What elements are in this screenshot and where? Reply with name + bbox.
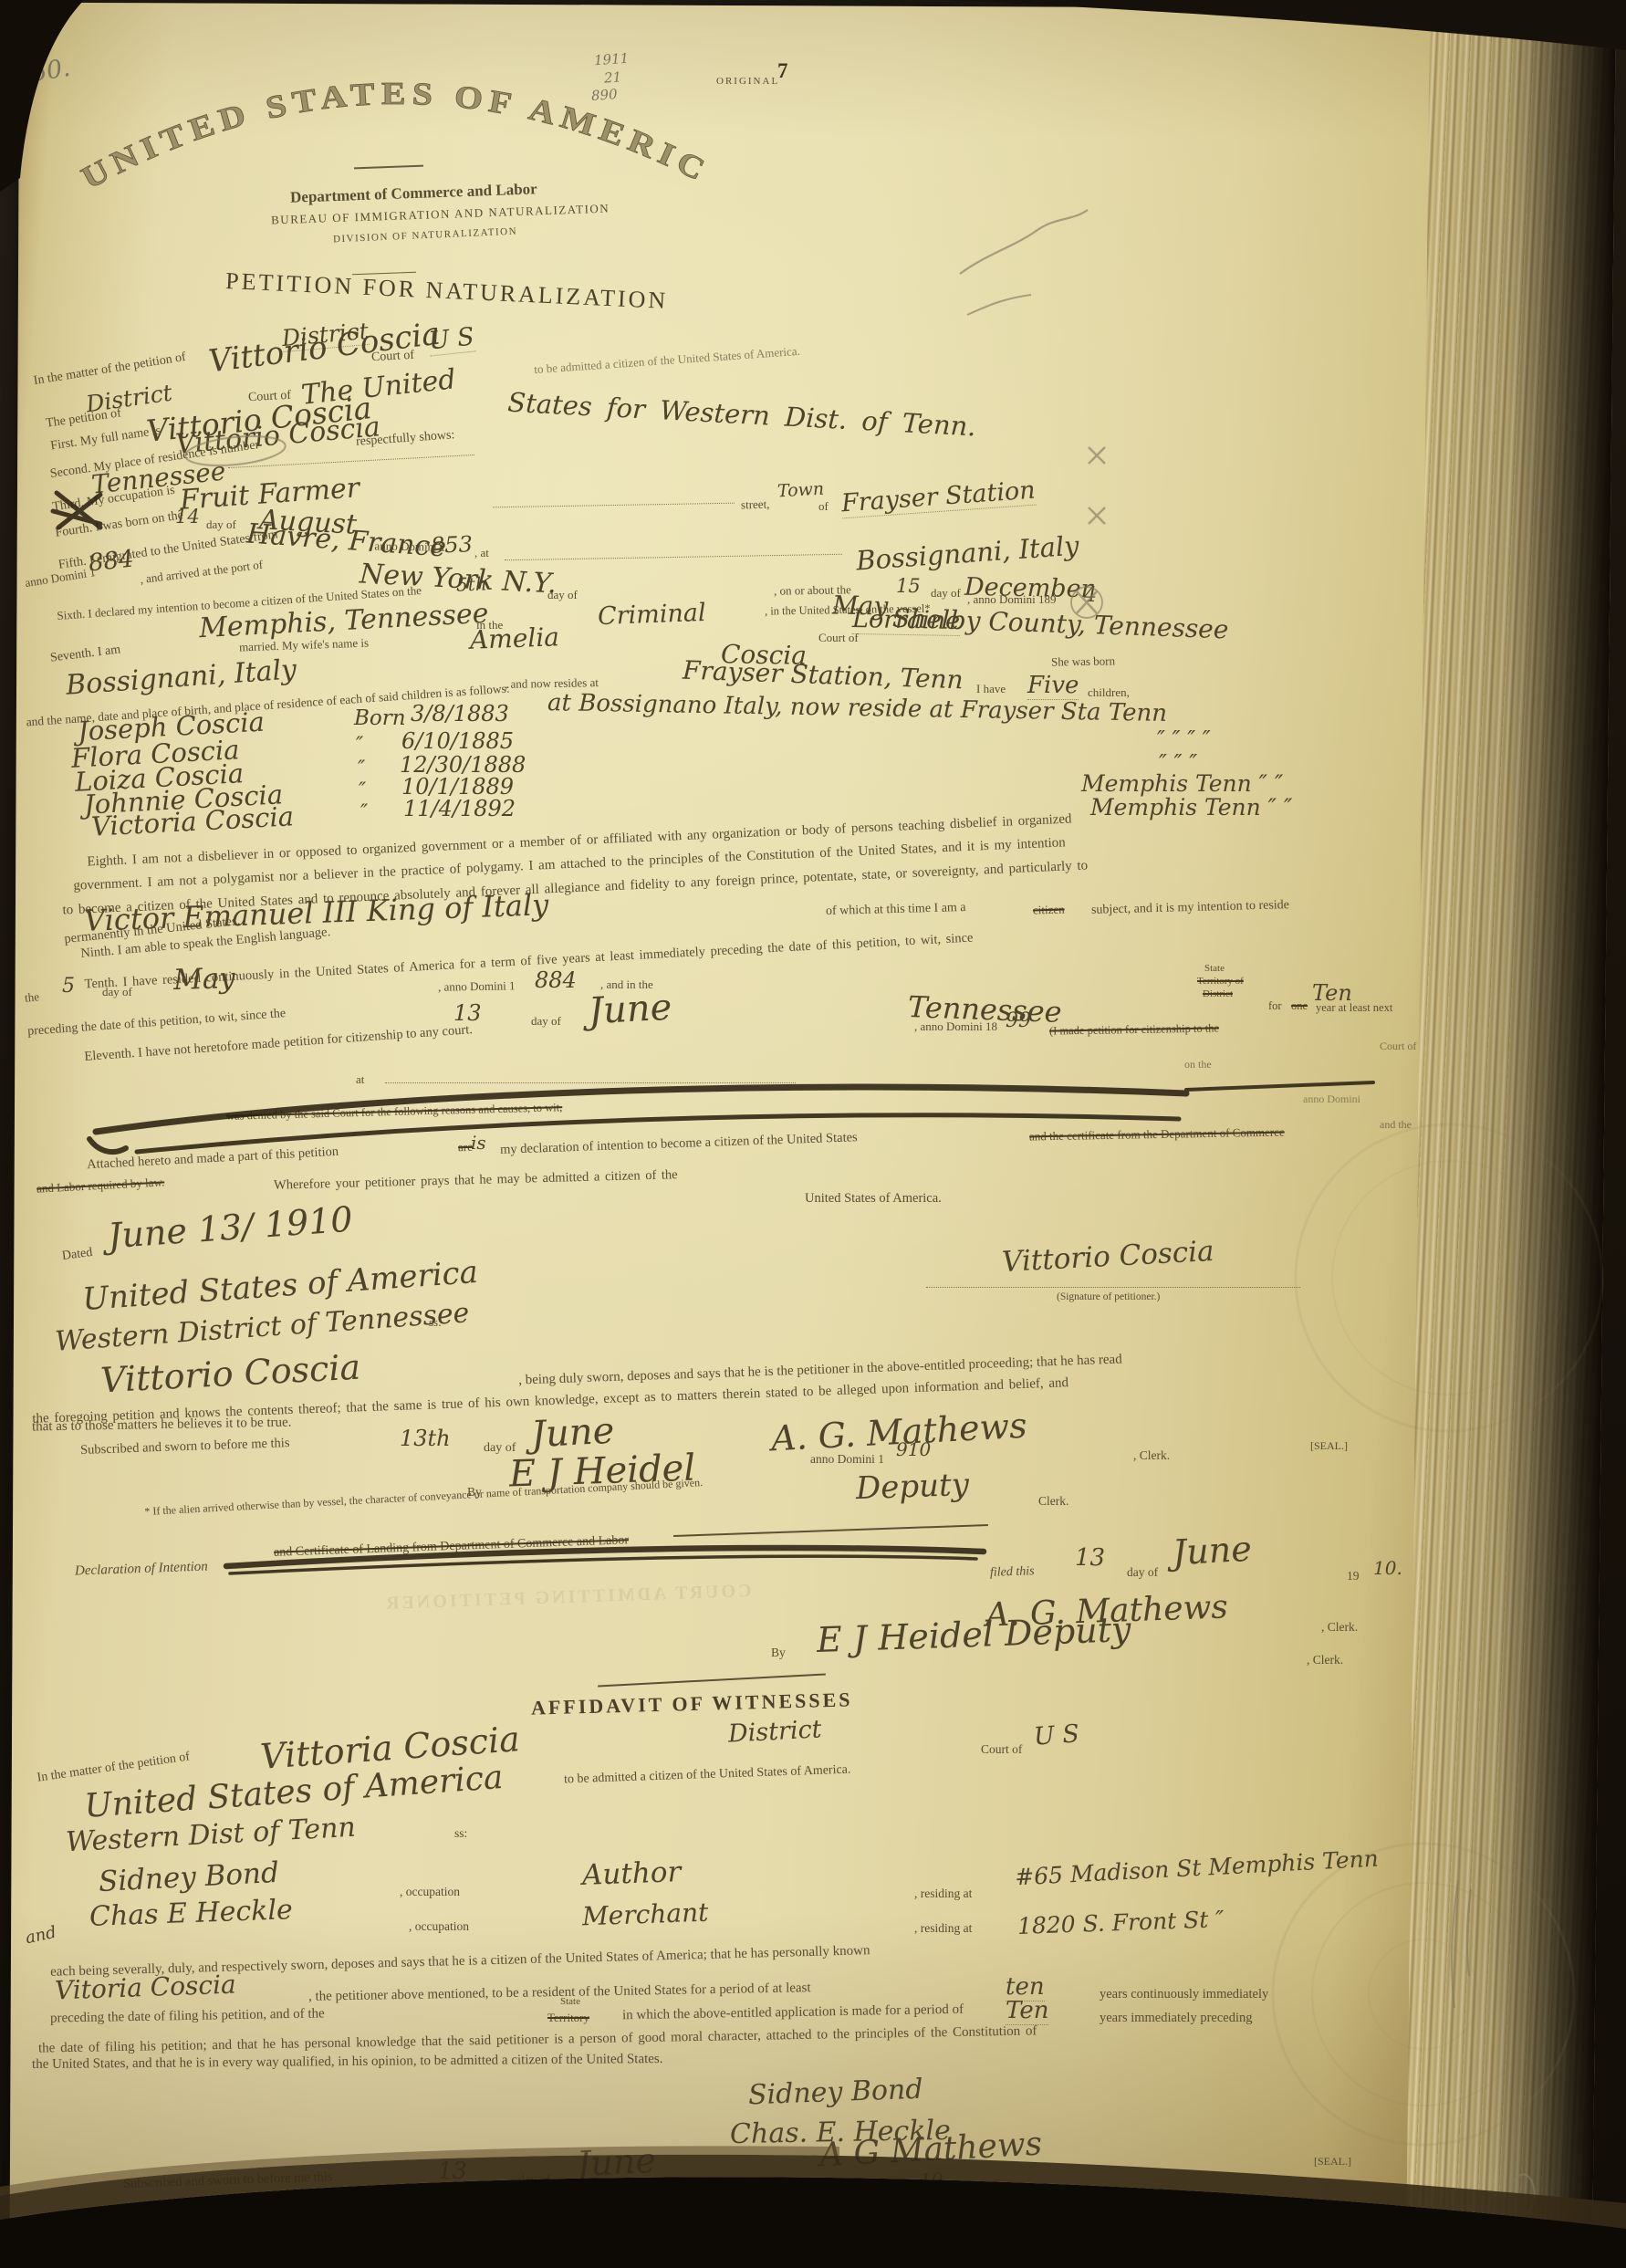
sixth-month: May	[832, 592, 889, 619]
filed-this: filed this	[990, 1565, 1035, 1580]
affidavit-court-abbr: U S	[1033, 1721, 1080, 1749]
signature-caption: (Signature of petitioner.)	[1057, 1292, 1160, 1303]
sixth-day: 5th	[456, 574, 487, 593]
child-date: 6/10/1885	[401, 730, 514, 752]
seventh-count: Five	[1027, 674, 1079, 700]
eighth-struck-word: citizen	[1033, 904, 1065, 916]
form-number: 11-2907	[107, 2223, 141, 2237]
seventh-she-born: She was born	[1051, 654, 1115, 667]
tenth-one-struck: one	[1291, 1000, 1308, 1012]
fourth-day: 14	[175, 507, 200, 527]
child-date: 3/8/1883	[411, 703, 509, 725]
seventh-i-have: I have	[976, 683, 1006, 695]
eleventh-anno: anno Domini	[1303, 1093, 1360, 1104]
affidavit-seal: [SEAL.]	[1314, 2156, 1351, 2167]
child-date: 10/1/1889	[401, 776, 514, 798]
eleventh-on-the: on the	[1184, 1059, 1212, 1070]
verif-seal: [SEAL.]	[1310, 1440, 1348, 1451]
eleventh-struck-1: (I made petition for citizenship to the	[1049, 1022, 1219, 1037]
child-born: Born	[354, 708, 406, 729]
affidavit-sworn-day: 13	[438, 2159, 467, 2182]
over-label: (OVER.)	[757, 2247, 794, 2257]
folio-number: 50.	[29, 56, 72, 86]
pencil-note-1: 1911	[594, 52, 630, 68]
affidavit-body-2b: years continuously immediately	[1100, 1988, 1268, 2001]
second-town: Town	[777, 481, 825, 501]
verif-ss: ss:	[429, 1316, 442, 1328]
eleventh-at: at	[356, 1073, 364, 1085]
second-street-label: street,	[741, 497, 770, 510]
verif-month: June	[530, 1413, 615, 1454]
fourth-at: , at	[474, 547, 489, 559]
witness-1-residing-label: , residing at	[914, 1887, 972, 1900]
second-of: of	[818, 500, 829, 512]
seventh-wife-first: Amelia	[470, 624, 560, 653]
arch-title: UNITED STATES OF AMERICA	[73, 75, 715, 196]
child-born: ″	[358, 759, 365, 779]
filed-day-of: day of	[1127, 1566, 1158, 1579]
sixth-court-of: Court of	[818, 632, 859, 643]
fourth-day-of: day of	[206, 518, 236, 530]
child-date: 11/4/1892	[403, 798, 516, 820]
seventh-children-label: children,	[1088, 686, 1130, 698]
affidavit-territory-struck: Territory	[547, 2012, 589, 2023]
seventh-resides: , and now resides at	[505, 676, 599, 690]
tenth-territory-option: Territory of	[1197, 977, 1244, 987]
witness-1-occupation: Author	[581, 1858, 681, 1890]
filed-month: June	[1172, 1531, 1253, 1570]
filed-deputy-signature: E J Heidel Deputy	[816, 1612, 1131, 1657]
filed-year: 10.	[1373, 1559, 1402, 1577]
svg-text:UNITED STATES OF AMERICA: UNITED STATES OF AMERICA	[73, 75, 715, 196]
page-stack-edges	[1406, 21, 1615, 2241]
filed-clerk-label-2: , Clerk.	[1307, 1654, 1343, 1667]
verif-deputy-title: Deputy	[855, 1469, 969, 1504]
child-place: Memphis Tenn ″ ″	[1081, 772, 1283, 795]
filed-day: 13	[1075, 1546, 1105, 1570]
tenth-day-of-2: day of	[531, 1015, 561, 1027]
tenth-year-2: 99	[1006, 1011, 1031, 1031]
witness-2-occupation-label: , occupation	[409, 1920, 469, 1933]
witness-2-residing-label: , residing at	[914, 1922, 972, 1935]
tenth-month-2: June	[588, 989, 672, 1030]
witness-2-occupation: Merchant	[582, 1900, 709, 1930]
affidavit-ss: ss:	[454, 1827, 467, 1840]
tenth-month: May	[172, 965, 235, 995]
fifth-year: 884	[88, 547, 135, 575]
affidavit-by: By	[591, 2218, 606, 2231]
dotted-line	[926, 1285, 1300, 1288]
verif-clerk-label-2: Clerk.	[1038, 1495, 1068, 1508]
eleventh-and-the: and the	[1380, 1119, 1412, 1130]
tenth-year: 884	[535, 969, 577, 991]
tenth-anno-2: , anno Domini 18	[914, 1020, 997, 1032]
eleventh-court-of: Court of	[1380, 1040, 1416, 1051]
affidavit-ten-2: Ten	[1006, 1999, 1048, 2025]
filed-by: By	[771, 1646, 786, 1659]
sixth-court-kind: Criminal	[598, 601, 706, 629]
child-born: ″	[360, 803, 368, 823]
affidavit-clerk-label: Clerk.	[1195, 2220, 1225, 2232]
witness-2-residence: 1820 S. Front St ″	[1017, 1907, 1225, 1938]
witness-2-name: Chas E Heckle	[89, 1897, 294, 1931]
child-born: ″	[359, 781, 366, 801]
witness-1-signature: Sidney Bond	[748, 2076, 923, 2110]
affidavit-state-option: State	[560, 1997, 580, 2007]
child-born: ″	[356, 736, 363, 756]
tenth-day: 5	[62, 977, 75, 997]
affidavit-sworn-month: June	[576, 2143, 657, 2181]
fifth-day: 15	[896, 577, 921, 596]
dotted-line	[385, 1081, 796, 1083]
tenth-day-2: 13	[453, 1002, 482, 1024]
tenth-day-of: day of	[102, 986, 132, 998]
tenth-district-option: District	[1203, 989, 1233, 999]
fifth-day-of: day of	[931, 587, 961, 599]
book-photo: 50. 1911 21 890 ORIGINAL 7 UNITED STATES…	[0, 0, 1626, 2268]
witness-1-occupation-label: , occupation	[400, 1886, 460, 1898]
tenth-state-option: State	[1204, 964, 1225, 974]
tenth-year-next: year at least next	[1316, 1002, 1392, 1014]
attached-wherefore-2: United States of America.	[805, 1192, 942, 1206]
sixth-day-of: day of	[547, 589, 578, 601]
tenth-for: for	[1268, 1000, 1282, 1012]
verif-clerk-label: , Clerk.	[1133, 1449, 1170, 1462]
child-date: 12/30/1888	[400, 754, 526, 776]
affidavit-body-3c: years immediately preceding	[1100, 2012, 1253, 2025]
child-place: ″ ″ ″ ″	[1157, 728, 1211, 750]
tenth-the: the	[24, 990, 39, 1004]
filed-clerk-label: , Clerk.	[1321, 1621, 1358, 1634]
attached-are-struck: are	[458, 1141, 473, 1154]
filed-year-pre: 19	[1347, 1570, 1360, 1583]
attached-is: is	[471, 1134, 486, 1152]
page-number: 7	[777, 60, 788, 81]
tenth-anno: , anno Domini 1	[438, 979, 516, 992]
affidavit-known: Vitoria Coscia	[55, 1972, 237, 2004]
affidavit-court-type: District	[727, 1717, 822, 1746]
sixth-year: 4	[1084, 586, 1097, 606]
affidavit-sworn-day-of: day of	[518, 2174, 550, 2187]
sixth-anno: , anno Domini 189	[967, 593, 1057, 605]
affidavit-court-of: Court of	[981, 1743, 1022, 1756]
child-place: Memphis Tenn ″ ″	[1090, 796, 1292, 819]
verif-day: 13th	[400, 1427, 451, 1449]
